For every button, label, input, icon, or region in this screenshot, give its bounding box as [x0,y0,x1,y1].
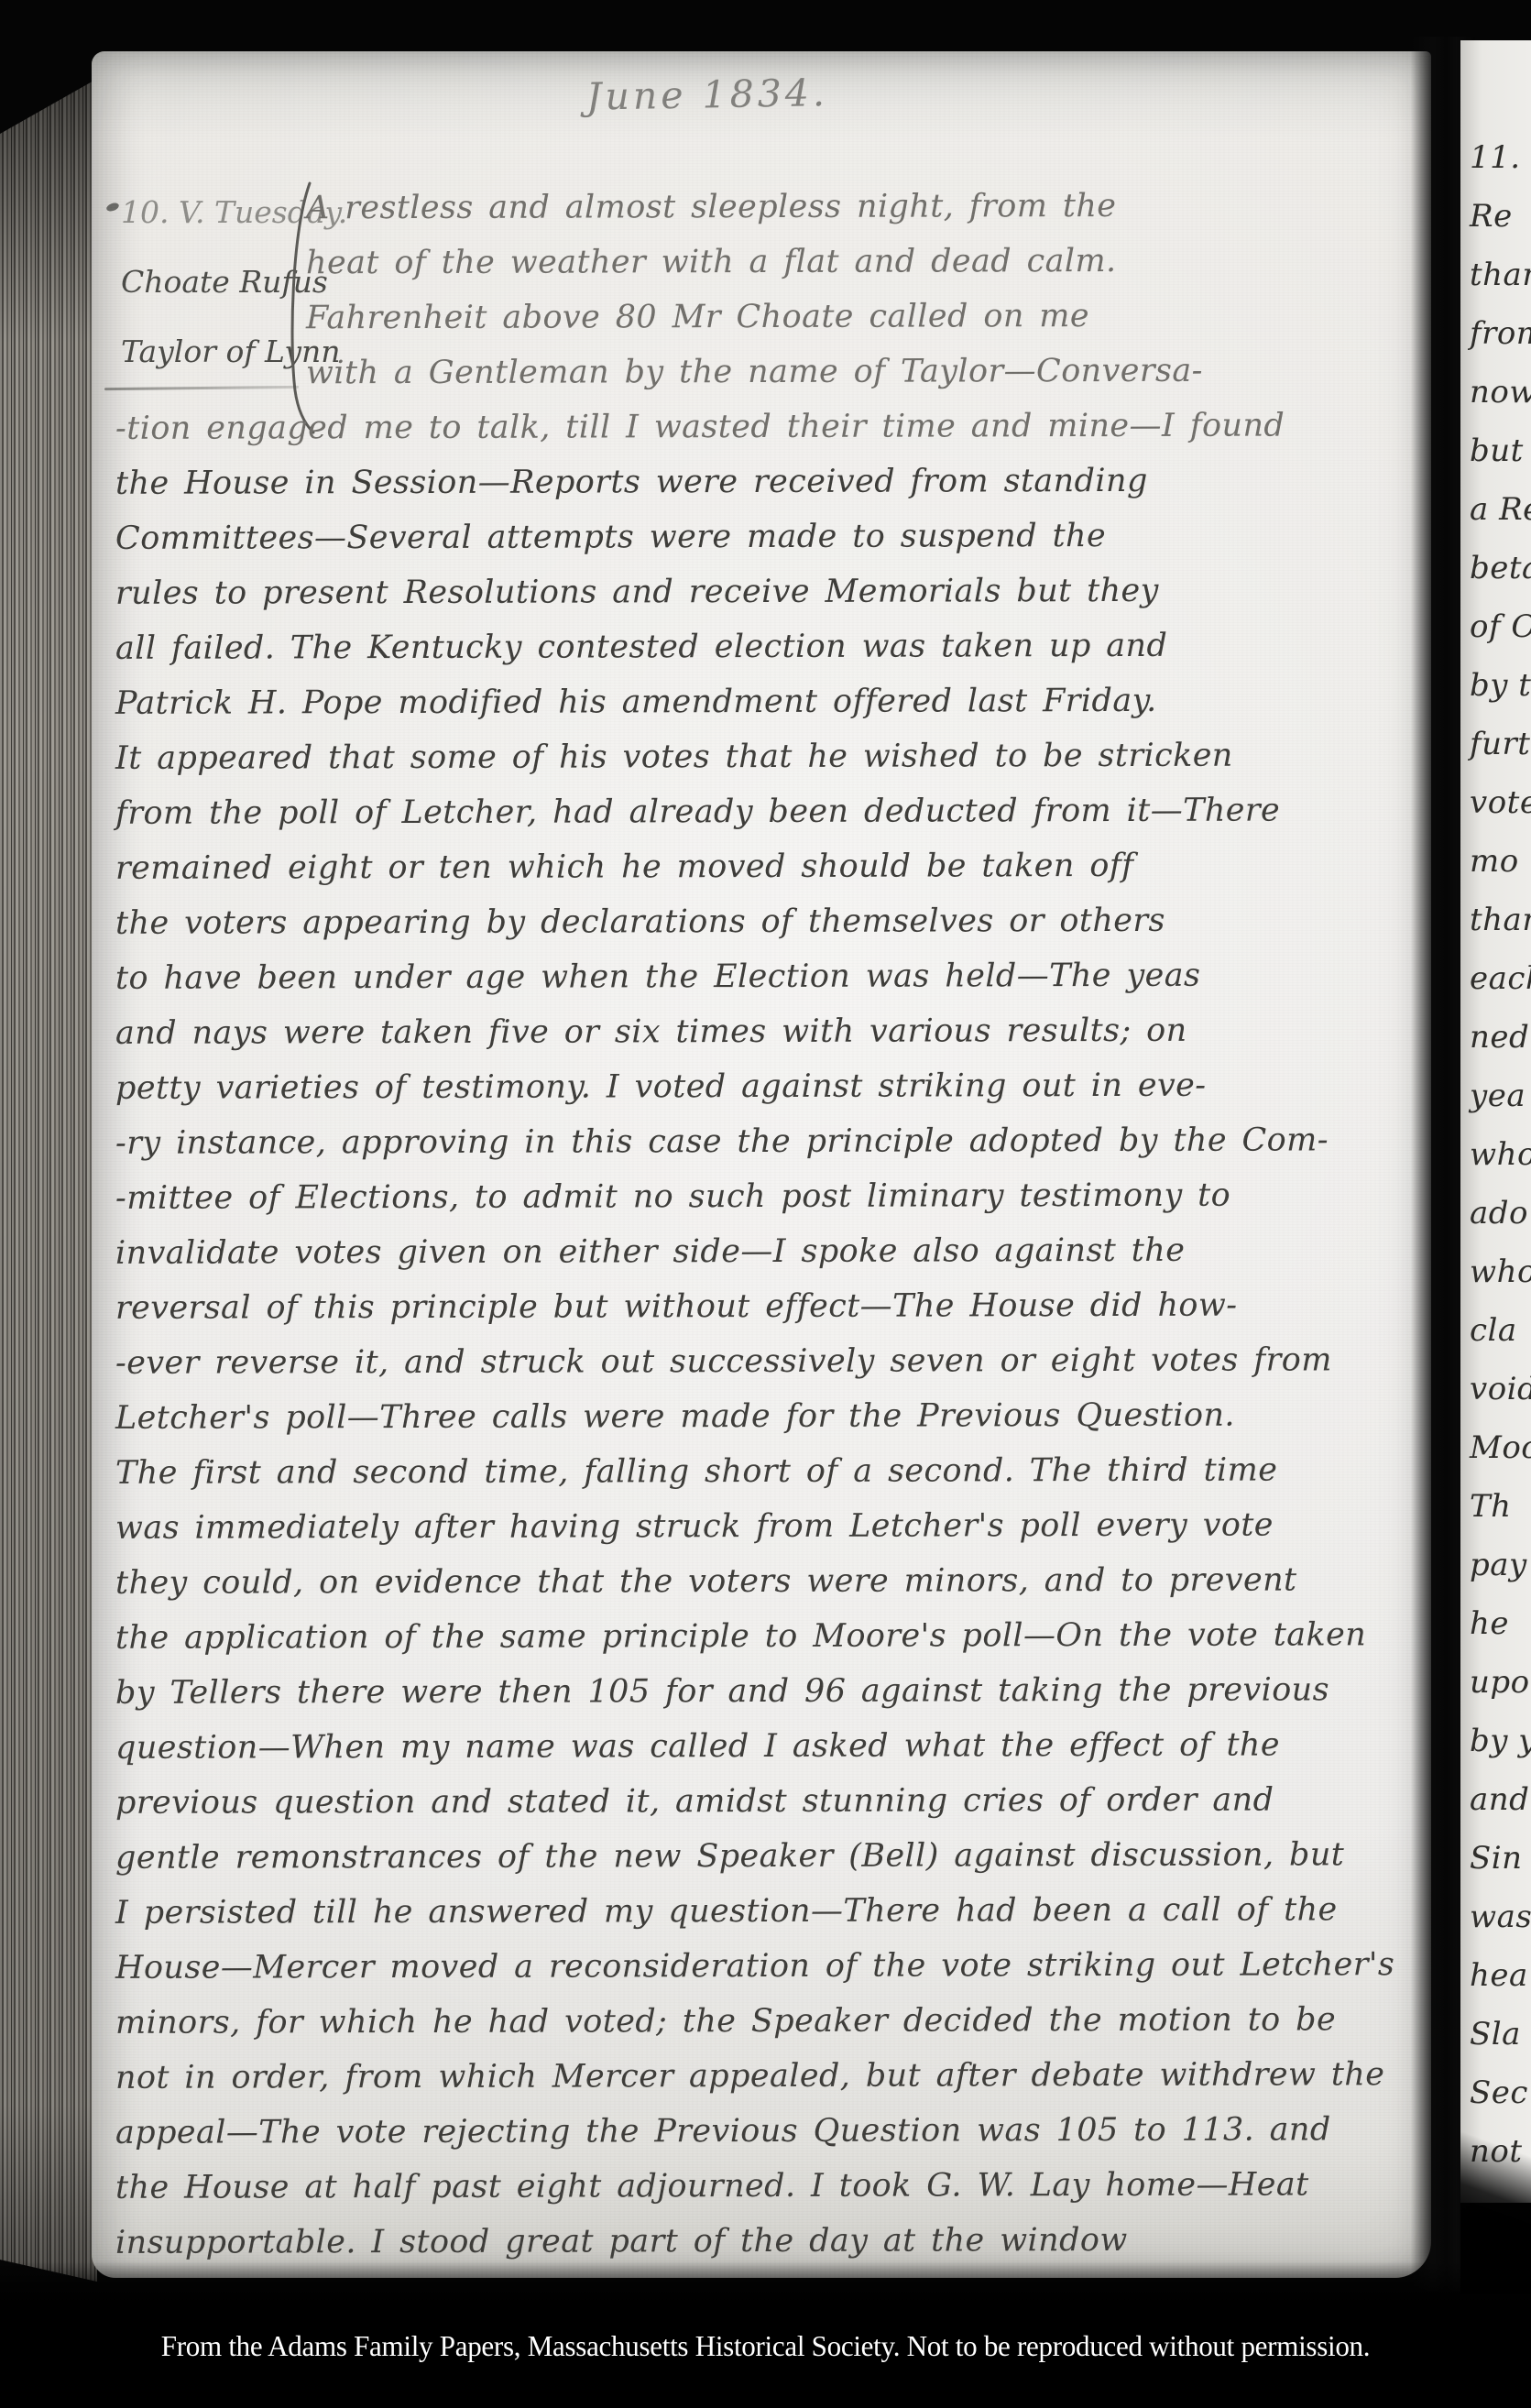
fragment-line: each [1470,949,1531,1008]
entry-line: Patrick H. Pope modified his amendment o… [92,673,1431,731]
entry-line: -ever reverse it, and struck out success… [92,1332,1431,1391]
entry-line: I persisted till he answered my question… [92,1882,1431,1941]
entry-line: question—When my name was called I asked… [92,1717,1431,1776]
entry-line: they could, on evidence that the voters … [92,1552,1431,1611]
fragment-line: of Ob [1470,597,1531,656]
book-fore-edge [0,79,97,2282]
fragment-line: a Re [1470,480,1531,539]
entry-line: and nays were taken five or six times wi… [92,1002,1431,1061]
fragment-line: Moo [1470,1418,1531,1477]
entry-line: appeal—The vote rejecting the Previous Q… [92,2102,1431,2161]
entry-line: the House at half past eight adjourned. … [92,2157,1431,2216]
fragment-line: he [1470,1594,1531,1653]
fragment-line: and [1470,1770,1531,1829]
entry-line: to have been under age when the Election… [92,947,1431,1006]
fragment-line: Re [1470,187,1531,246]
fragment-line: by th [1470,656,1531,715]
entry-line: petty varieties of testimony. I voted ag… [92,1057,1431,1116]
entry-line: reversal of this principle but without e… [92,1277,1431,1336]
entry-line: -tion engaged me to talk, till I wasted … [92,398,1431,456]
fragment-line: pay [1470,1536,1531,1594]
entry-line: Committees—Several attempts were made to… [92,508,1431,566]
fragment-line: than [1470,246,1531,304]
fragment-line: cla [1470,1301,1531,1360]
entry-line: House—Mercer moved a reconsideration of … [92,1937,1431,1996]
entry-line: invalidate votes given on either side—I … [92,1222,1431,1281]
entry-line: by Tellers there were then 105 for and 9… [92,1662,1431,1721]
fragment-line: ned [1470,1008,1531,1067]
entry-line: heat of the weather with a flat and dead… [92,233,1431,291]
diary-scan-photo: June 1834. 10. V. Tuesday.Choate RufusTa… [0,0,1531,2408]
entry-line: with a Gentleman by the name of Taylor—C… [92,343,1431,401]
entry-line: all failed. The Kentucky contested elect… [92,618,1431,676]
entry-line: the application of the same principle to… [92,1607,1431,1666]
entry-line: rules to present Resolutions and receive… [92,563,1431,621]
fragment-line: beta [1470,539,1531,597]
fragment-line: was [1470,1888,1531,1946]
fragment-line: Sin [1470,1829,1531,1888]
entry-line: gentle remonstrances of the new Speaker … [92,1827,1431,1886]
fragment-line: who [1470,1125,1531,1184]
fragment-line: void [1470,1360,1531,1418]
entry-line: -mittee of Elections, to admit no such p… [92,1167,1431,1226]
page-date-heading: June 1834. [586,68,972,118]
fragment-line: vote [1470,773,1531,832]
facing-page-fragments: 11. WRethanfromnowbut ta Rebetaof Obby t… [1470,128,1531,2203]
scan-corner-shadow [1460,2056,1531,2294]
entry-line: -ry instance, approving in this case the… [92,1112,1431,1171]
entry-line: Fahrenheit above 80 Mr Choate called on … [92,288,1431,346]
fragment-line: furth [1470,715,1531,773]
fragment-line: but t [1470,421,1531,480]
entry-line: Letcher's poll—Three calls were made for… [92,1387,1431,1446]
fragment-line: mo [1470,832,1531,891]
fragment-line: than [1470,891,1531,949]
fragment-line: Sla [1470,2005,1531,2063]
entry-line: The first and second time, falling short… [92,1442,1431,1501]
entry-line: from the poll of Letcher, had already be… [92,783,1431,841]
diary-page: June 1834. 10. V. Tuesday.Choate RufusTa… [92,51,1431,2278]
fragment-line: from [1470,304,1531,363]
entry-line: minors, for which he had voted; the Spea… [92,1992,1431,2051]
fragment-line: who [1470,1242,1531,1301]
fragment-line: Th [1470,1477,1531,1536]
entry-line: the voters appearing by declarations of … [92,892,1431,951]
fragment-line: hea [1470,1946,1531,2005]
diary-entry-text: A restless and almost sleepless night, f… [92,180,1431,2269]
entry-line: A restless and almost sleepless night, f… [92,178,1431,236]
entry-line: remained eight or ten which he moved sho… [92,837,1431,896]
entry-line: not in order, from which Mercer appealed… [92,2047,1431,2106]
fragment-line: by y [1470,1712,1531,1770]
fragment-line: yea [1470,1067,1531,1125]
entry-line: previous question and stated it, amidst … [92,1772,1431,1831]
fragment-line: upon [1470,1653,1531,1712]
entry-line: was immediately after having struck from… [92,1497,1431,1556]
fragment-line: ado [1470,1184,1531,1242]
entry-line: It appeared that some of his votes that … [92,728,1431,786]
entry-line: the House in Session—Reports were receiv… [92,453,1431,511]
fragment-line: now [1470,363,1531,421]
fragment-line: 11. W [1470,128,1531,187]
facing-page-sliver: 11. WRethanfromnowbut ta Rebetaof Obby t… [1460,40,1531,2203]
archive-credit-caption: From the Adams Family Papers, Massachuse… [23,2329,1508,2363]
